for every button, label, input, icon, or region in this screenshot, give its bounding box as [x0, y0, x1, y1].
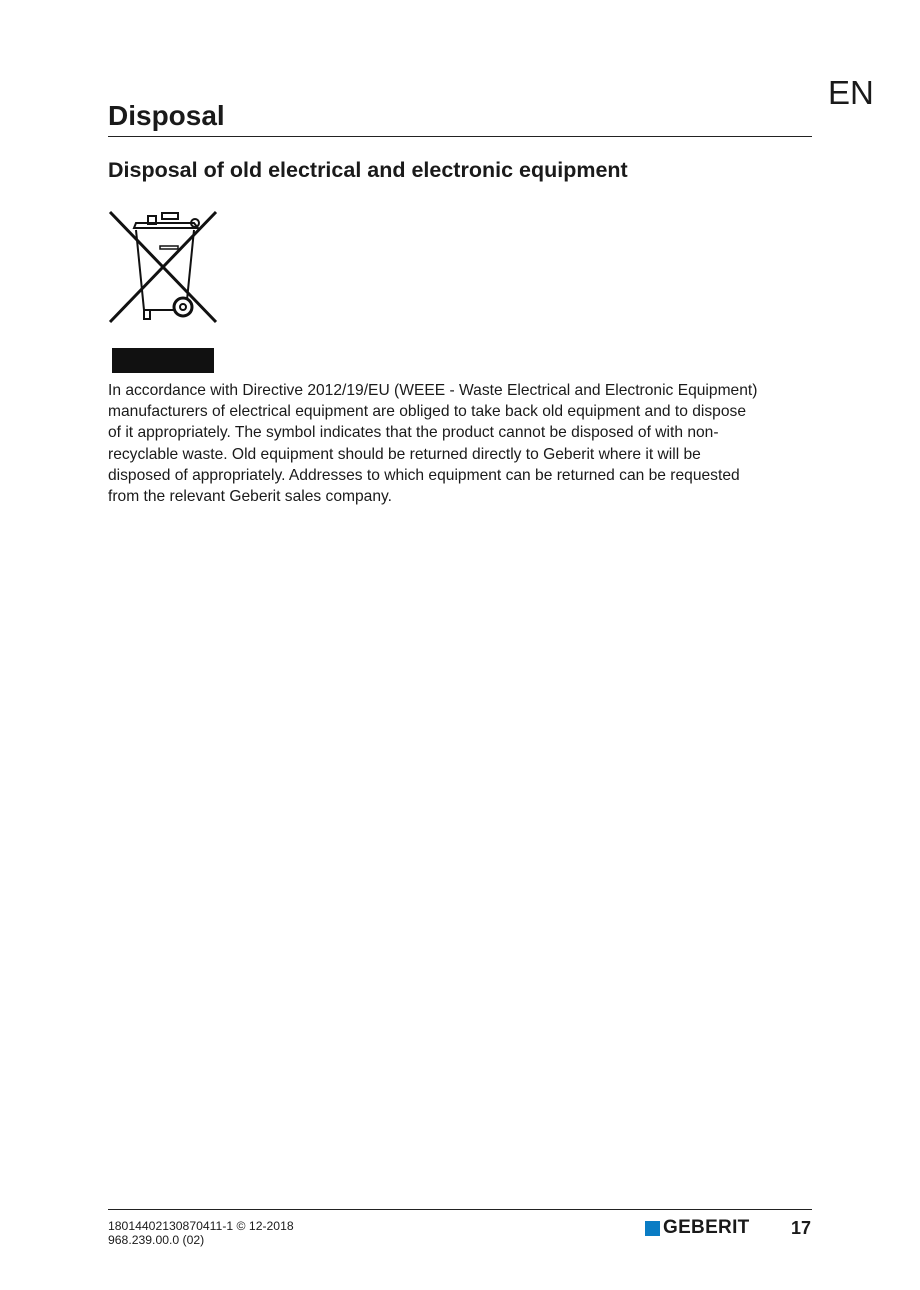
paragraph-line: recyclable waste. Old equipment should b… — [108, 444, 823, 465]
section-subtitle: Disposal of old electrical and electroni… — [108, 158, 628, 183]
paragraph-line: manufacturers of electrical equipment ar… — [108, 401, 823, 422]
title-divider — [108, 136, 812, 137]
geberit-logo: GEBERIT — [645, 1219, 750, 1237]
footer-doc-info: 18014402130870411-1 © 12-2018 968.239.00… — [108, 1219, 294, 1247]
language-tag: EN — [828, 74, 874, 112]
paragraph-line: disposed of appropriately. Addresses to … — [108, 465, 823, 486]
part-number: 968.239.00.0 (02) — [108, 1233, 294, 1247]
footer-divider — [108, 1209, 812, 1210]
weee-crossed-out-wheelie-bin-icon — [106, 208, 222, 376]
paragraph-line: of it appropriately. The symbol indicate… — [108, 422, 823, 443]
logo-square-icon — [645, 1221, 660, 1236]
section-title: Disposal — [108, 100, 225, 132]
brand-name: GEBERIT — [663, 1217, 750, 1239]
doc-id: 18014402130870411-1 © 12-2018 — [108, 1219, 294, 1233]
paragraph-line: In accordance with Directive 2012/19/EU … — [108, 380, 823, 401]
disposal-paragraph: In accordance with Directive 2012/19/EU … — [108, 380, 823, 507]
paragraph-line: from the relevant Geberit sales company. — [108, 486, 823, 507]
page-number: 17 — [791, 1218, 811, 1239]
